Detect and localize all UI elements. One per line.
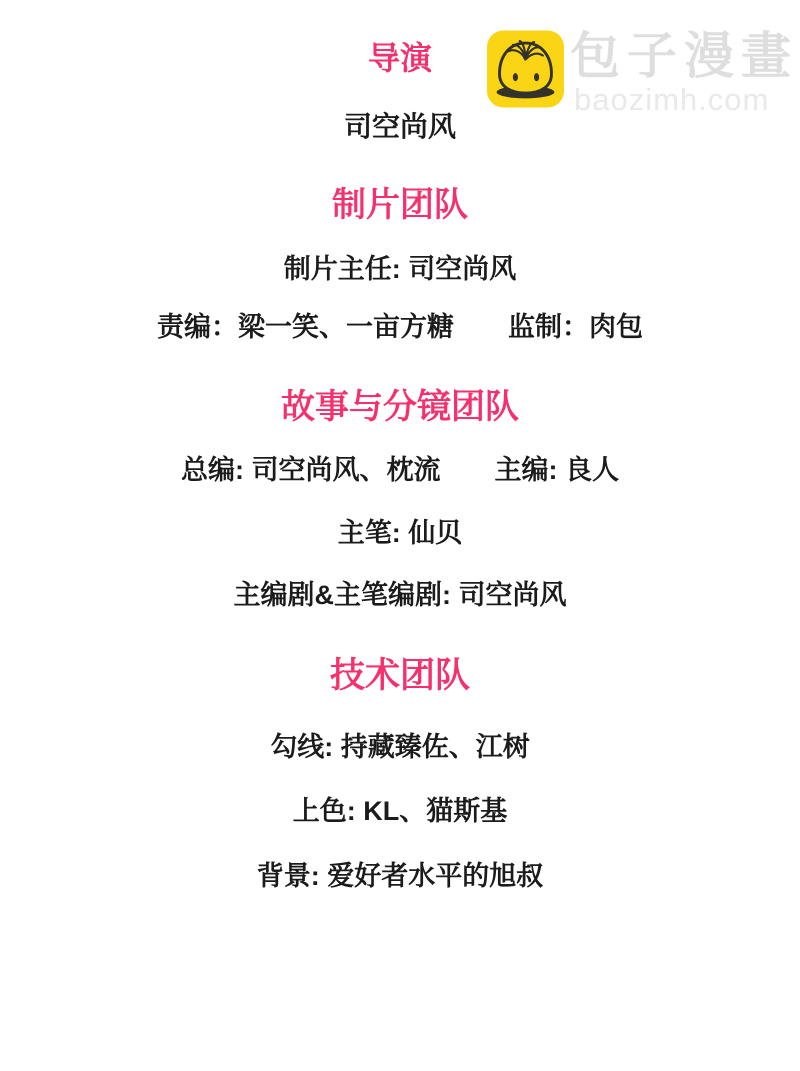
heading-director: 导演 <box>0 40 800 77</box>
heading-production-team: 制片团队 <box>0 186 800 225</box>
credit-chief-editors: 总编: 司空尚风、枕流 主编: 良人 <box>0 455 800 486</box>
credit-lineart: 勾线: 持藏臻佐、江树 <box>0 732 800 763</box>
credits-page: 包子漫畫 baozimh.com 导演 司空尚风 制片团队 制片主任: 司空尚风… <box>0 0 800 1071</box>
heading-story-storyboard-team: 故事与分镜团队 <box>0 388 800 427</box>
credit-background: 背景: 爱好者水平的旭叔 <box>0 861 800 892</box>
credit-coloring: 上色: KL、猫斯基 <box>0 796 800 827</box>
credit-director-name: 司空尚风 <box>0 111 800 143</box>
credit-lead-writer: 主编剧&主笔编剧: 司空尚风 <box>0 580 800 611</box>
heading-tech-team: 技术团队 <box>0 656 800 696</box>
credit-editors-supervisor: 责编：梁一笑、一亩方糖 监制：肉包 <box>0 312 800 343</box>
credit-lead-artist: 主笔: 仙贝 <box>0 518 800 549</box>
credit-production-director: 制片主任: 司空尚风 <box>0 254 800 285</box>
